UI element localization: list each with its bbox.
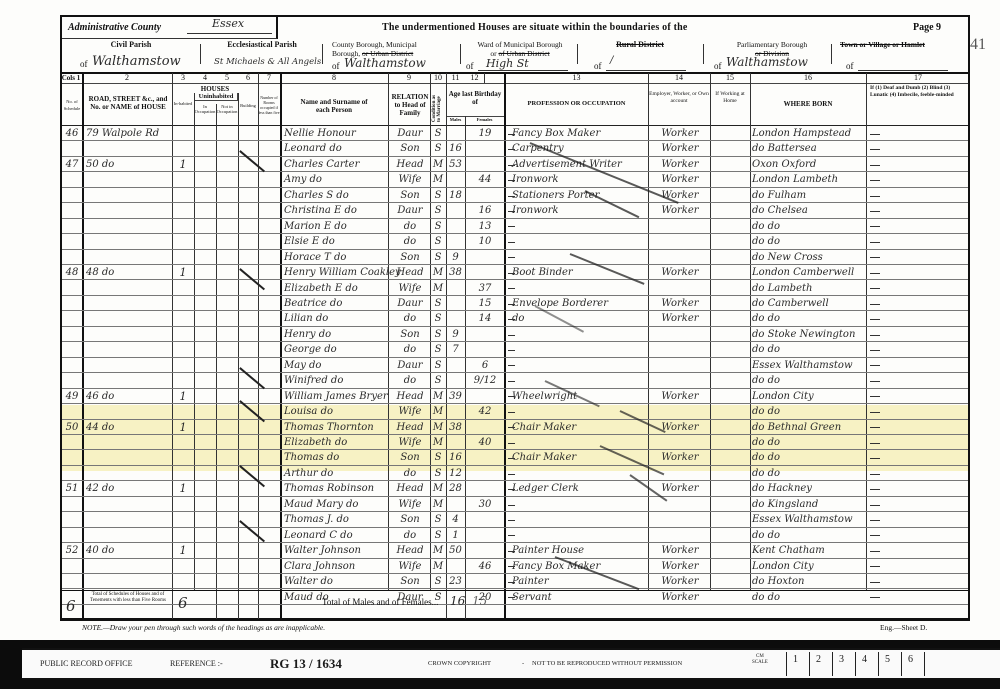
occupation-dash: [508, 365, 515, 366]
road-address: 42 do: [86, 481, 172, 496]
occupation: [512, 373, 650, 388]
birthplace: do do: [752, 590, 866, 605]
employment-status: Worker: [650, 559, 710, 574]
female-age: 14: [466, 311, 504, 326]
marital-condition: M: [430, 420, 446, 435]
birthplace: do do: [752, 528, 866, 543]
employment-status: Worker: [650, 450, 710, 465]
person-name: Louisa do: [284, 404, 388, 419]
relation: Head: [390, 543, 430, 558]
female-age: [466, 250, 504, 265]
occupation-dash: [508, 597, 515, 598]
page-number: 9: [936, 22, 941, 33]
separator: [703, 44, 704, 64]
col-header-houses: HOUSES: [172, 85, 258, 93]
infirmity-dash: [870, 335, 880, 336]
infirmity-dash: [870, 226, 880, 227]
col-header-road: ROAD, STREET &c., and No. or NAME of HOU…: [84, 95, 172, 111]
footer-copyright: CROWN COPYRIGHT: [428, 650, 491, 678]
male-age: 28: [446, 481, 465, 496]
col-header-building: Building: [238, 102, 258, 109]
marital-condition: M: [430, 559, 446, 574]
schedule-number: [62, 373, 82, 388]
table-row: 4946 do1William James BryerHeadM39Wheelw…: [62, 389, 968, 404]
female-age: 44: [466, 172, 504, 187]
infirmity-dash: [870, 319, 880, 320]
rural-district-underline: [606, 70, 686, 71]
boundaries-text: The undermentioned Houses are situate wi…: [382, 22, 688, 33]
table-row: Thomas doSonS16Chair MakerWorkerdo do: [62, 450, 968, 465]
table-row: 4679 Walpole RdNellie HonourDaurS19Fancy…: [62, 126, 968, 141]
female-age: [466, 342, 504, 357]
birthplace: do do: [752, 435, 866, 450]
inhabited-count: 1: [172, 481, 194, 496]
infirmity-dash: [870, 304, 880, 305]
field-ecclesiastical-parish: Ecclesiastical Parish St Michaels & All …: [202, 40, 322, 72]
birthplace: do Camberwell: [752, 296, 866, 311]
inhabited-count: [172, 126, 194, 141]
person-name: Christina E do: [284, 203, 388, 218]
marital-condition: S: [430, 126, 446, 141]
occupation-dash: [508, 520, 515, 521]
relation: Daur: [390, 126, 430, 141]
female-age: 10: [466, 234, 504, 249]
infirmity-dash: [870, 412, 880, 413]
infirmity-dash: [870, 149, 880, 150]
table-row: Walter doSonS23PainterWorkerdo Hoxton: [62, 574, 968, 589]
cm-scale-mark: 6: [901, 652, 924, 676]
field-rural-district: Rural District of /: [580, 40, 700, 72]
male-age: [446, 203, 465, 218]
female-age: 15: [466, 296, 504, 311]
occupation-dash: [508, 273, 515, 274]
road-address: [86, 512, 172, 527]
employment-status: [650, 373, 710, 388]
total-schedules-label: Total of Schedules of Houses and of Tene…: [88, 592, 168, 604]
table-row: 5240 do1Walter JohnsonHeadM50Painter Hou…: [62, 543, 968, 558]
county-borough-value: Walthamstow: [344, 56, 426, 70]
female-age: [466, 389, 504, 404]
marital-condition: M: [430, 481, 446, 496]
person-name: Thomas do: [284, 450, 388, 465]
marital-condition: S: [430, 141, 446, 156]
schedule-number: 49: [62, 389, 82, 404]
relation: do: [390, 528, 430, 543]
employment-status: Worker: [650, 590, 710, 605]
col-number: 8: [280, 73, 388, 83]
schedule-number: 48: [62, 265, 82, 280]
footer-reference-value: RG 13 / 1634: [270, 650, 342, 678]
birthplace: Oxon Oxford: [752, 157, 866, 172]
occupation: Ledger Clerk: [512, 481, 650, 496]
infirmity-dash: [870, 566, 880, 567]
occupation-dash: [508, 505, 515, 506]
occupation-dash: [508, 288, 515, 289]
birthplace: London City: [752, 389, 866, 404]
birthplace: do do: [752, 450, 866, 465]
schedule-number: 50: [62, 420, 82, 435]
table-row: May doDaurS6Essex Walthamstow: [62, 358, 968, 373]
occupation: Servant: [512, 590, 650, 605]
occupation: Ironwork: [512, 172, 650, 187]
table-row: Henry doSonS9do Stoke Newington: [62, 327, 968, 342]
col-header-uninhabited: Uninhabited: [194, 93, 238, 101]
occupation-dash: [508, 551, 515, 552]
person-name: Arthur do: [284, 466, 388, 481]
separator: [322, 44, 323, 64]
schedule-number: [62, 450, 82, 465]
marital-condition: M: [430, 404, 446, 419]
person-name: Horace T do: [284, 250, 388, 265]
col-number: 10: [430, 73, 446, 83]
relation: do: [390, 466, 430, 481]
employment-status: [650, 435, 710, 450]
marital-condition: S: [430, 234, 446, 249]
schedule-number: [62, 404, 82, 419]
employment-status: [650, 358, 710, 373]
footer-separator: -: [522, 650, 524, 678]
occupation: Painter: [512, 574, 650, 589]
birthplace: do Hackney: [752, 481, 866, 496]
employment-status: [650, 528, 710, 543]
inhabited-count: [172, 450, 194, 465]
male-age: 9: [446, 250, 465, 265]
person-name: Henry William Coakley: [284, 265, 388, 280]
employment-status: Worker: [650, 203, 710, 218]
road-address: [86, 234, 172, 249]
relation: Daur: [390, 358, 430, 373]
person-name: Leonard C do: [284, 528, 388, 543]
female-age: 37: [466, 281, 504, 296]
cm-scale-mark: 4: [855, 652, 878, 676]
birthplace: do do: [752, 404, 866, 419]
schedule-number: [62, 574, 82, 589]
occupation-dash: [508, 458, 515, 459]
inhabited-count: [172, 497, 194, 512]
relation: Son: [390, 188, 430, 203]
marital-condition: M: [430, 281, 446, 296]
schedule-number: [62, 528, 82, 543]
occupation-dash: [508, 350, 515, 351]
col-header-at-home: If Working at Home: [712, 91, 748, 105]
table-row: Elizabeth E doWifeM37do Lambeth: [62, 281, 968, 296]
infirmity-dash: [870, 597, 880, 598]
male-age: [446, 373, 465, 388]
parliamentary-borough-value: Walthamstow: [726, 55, 808, 69]
inhabited-count: [172, 203, 194, 218]
col-header-inhabited: In-habited: [172, 100, 194, 107]
male-age: 16: [446, 450, 465, 465]
road-address: [86, 497, 172, 512]
cm-scale-mark: [924, 652, 972, 676]
schedule-number: 47: [62, 157, 82, 172]
field-civil-parish: Civil Parish of Walthamstow: [62, 40, 200, 72]
employment-status: [650, 512, 710, 527]
occupation-dash: [508, 582, 515, 583]
col-number: 7: [258, 73, 280, 83]
road-address: 79 Walpole Rd: [86, 126, 172, 141]
col-number: 16: [750, 73, 866, 83]
relation: Wife: [390, 281, 430, 296]
occupation: [512, 234, 650, 249]
relation: Son: [390, 574, 430, 589]
page-label: Page 9: [913, 22, 941, 33]
road-address: [86, 528, 172, 543]
col-number: 11: [446, 73, 465, 83]
person-name: Elizabeth E do: [284, 281, 388, 296]
birthplace: Essex Walthamstow: [752, 358, 866, 373]
colnum-divider: [62, 83, 968, 84]
rural-district-value: /: [610, 55, 613, 66]
col-number: 4: [194, 73, 216, 83]
col-header-rooms: Number of Rooms occupied if less than fi…: [258, 95, 280, 115]
person-name: Lilian do: [284, 311, 388, 326]
town-village-prefix: of: [846, 61, 854, 71]
relation: Wife: [390, 497, 430, 512]
table-row: 5044 do1Thomas ThorntonHeadM38Chair Make…: [62, 420, 968, 435]
table-row: 5142 do1Thomas RobinsonHeadM28Ledger Cle…: [62, 481, 968, 496]
birthplace: do Lambeth: [752, 281, 866, 296]
infirmity-dash: [870, 551, 880, 552]
schedule-number: [62, 141, 82, 156]
ward-underline: [478, 70, 568, 71]
occupation-dash: [508, 474, 515, 475]
employment-status: Worker: [650, 126, 710, 141]
occupation-dash: [508, 242, 515, 243]
relation: Daur: [390, 296, 430, 311]
male-age: [446, 404, 465, 419]
infirmity-dash: [870, 520, 880, 521]
person-name: Leonard do: [284, 141, 388, 156]
person-name: Elsie E do: [284, 234, 388, 249]
road-address: [86, 172, 172, 187]
infirmity-dash: [870, 365, 880, 366]
table-row: Elsie E dodoS10do do: [62, 234, 968, 249]
birthplace: London Lambeth: [752, 172, 866, 187]
birthplace: do Hoxton: [752, 574, 866, 589]
occupation-dash: [508, 134, 515, 135]
inhabited-count: 1: [172, 157, 194, 172]
male-age: 39: [446, 389, 465, 404]
marital-condition: S: [430, 188, 446, 203]
separator: [460, 44, 461, 64]
cm-scale-mark: 5: [878, 652, 901, 676]
col-number: 13: [505, 73, 648, 83]
person-name: Thomas J. do: [284, 512, 388, 527]
table-row: Beatrice doDaurS15Envelope BordererWorke…: [62, 296, 968, 311]
occupation: [512, 358, 650, 373]
relation: do: [390, 373, 430, 388]
col-number: 3: [172, 73, 194, 83]
infirmity-dash: [870, 505, 880, 506]
infirmity-dash: [870, 427, 880, 428]
relation: Son: [390, 327, 430, 342]
occupation-dash: [508, 211, 515, 212]
infirmity-dash: [870, 443, 880, 444]
ward-label: Ward of Municipal Boroughor of Urban Dis…: [464, 40, 576, 58]
person-name: George do: [284, 342, 388, 357]
marital-condition: S: [430, 450, 446, 465]
employment-status: Worker: [650, 574, 710, 589]
col-header-males: Males: [446, 117, 465, 122]
col-header-not-in-occupation: Not in Occupation: [216, 104, 238, 114]
total-males-value: 16: [450, 594, 465, 608]
parliamentary-borough-prefix: of: [714, 61, 722, 71]
inhabited-count: [172, 404, 194, 419]
infirmity-dash: [870, 381, 880, 382]
schedule-number: [62, 311, 82, 326]
inhabited-count: [172, 172, 194, 187]
occupation: [512, 528, 650, 543]
birthplace: do do: [752, 373, 866, 388]
female-age: 16: [466, 203, 504, 218]
employment-status: Worker: [650, 157, 710, 172]
female-age: 9/12: [466, 373, 504, 388]
road-address: 50 do: [86, 157, 172, 172]
occupation: [512, 435, 650, 450]
male-age: 38: [446, 420, 465, 435]
footer-restriction: NOT TO BE REPRODUCED WITHOUT PERMISSION: [532, 650, 682, 678]
relation: Wife: [390, 435, 430, 450]
table-row: 4848 do1Henry William CoakleyHeadM38Boot…: [62, 265, 968, 280]
table-row: Charles S doSonS18Stationers PorterWorke…: [62, 188, 968, 203]
cm-label: CM: [756, 654, 764, 659]
relation: Head: [390, 481, 430, 496]
schedule-number: 51: [62, 481, 82, 496]
infirmity-dash: [870, 535, 880, 536]
table-row: Louisa doWifeM42do do: [62, 404, 968, 419]
inhabited-count: [172, 373, 194, 388]
inhabited-count: [172, 342, 194, 357]
relation: Head: [390, 389, 430, 404]
road-address: [86, 450, 172, 465]
employment-status: Worker: [650, 311, 710, 326]
road-address: 46 do: [86, 389, 172, 404]
female-age: 46: [466, 559, 504, 574]
table-row: Arthur dodoS12do do: [62, 466, 968, 481]
col-number: 6: [238, 73, 258, 83]
archive-footer: PUBLIC RECORD OFFICE REFERENCE :- RG 13 …: [0, 640, 1000, 689]
footer-office: PUBLIC RECORD OFFICE: [40, 650, 132, 678]
female-age: [466, 574, 504, 589]
marital-condition: S: [430, 219, 446, 234]
birthplace: Essex Walthamstow: [752, 512, 866, 527]
infirmity-dash: [870, 396, 880, 397]
person-name: Elizabeth do: [284, 435, 388, 450]
inhabited-count: [172, 250, 194, 265]
schedule-number: [62, 327, 82, 342]
scale-label: SCALE: [752, 660, 768, 665]
person-name: Charles Carter: [284, 157, 388, 172]
infirmity-dash: [870, 288, 880, 289]
col-number: 17: [866, 73, 970, 83]
occupation-dash: [508, 443, 515, 444]
ward-value: High St: [486, 57, 529, 70]
male-age: [446, 358, 465, 373]
civil-parish-label: Civil Parish: [62, 40, 200, 49]
table-row: Christina E doDaurS16IronworkWorkerdo Ch…: [62, 203, 968, 218]
table-row: Lilian dodoS14doWorkerdo do: [62, 311, 968, 326]
birthplace: do do: [752, 466, 866, 481]
relation: Wife: [390, 559, 430, 574]
schedule-number: [62, 342, 82, 357]
person-name: May do: [284, 358, 388, 373]
schedule-number: [62, 512, 82, 527]
person-name: Thomas Thornton: [284, 420, 388, 435]
road-address: [86, 281, 172, 296]
male-age: 1: [446, 528, 465, 543]
col-number: 2: [82, 73, 172, 83]
inhabited-count: [172, 435, 194, 450]
male-age: [446, 435, 465, 450]
female-age: [466, 512, 504, 527]
male-age: 18: [446, 188, 465, 203]
person-name: Walter do: [284, 574, 388, 589]
relation: Head: [390, 157, 430, 172]
person-name: Amy do: [284, 172, 388, 187]
marital-condition: S: [430, 311, 446, 326]
ecclesiastical-parish-label: Ecclesiastical Parish: [202, 40, 322, 49]
schedule-number: [62, 497, 82, 512]
occupation: [512, 281, 650, 296]
male-age: 53: [446, 157, 465, 172]
road-address: [86, 373, 172, 388]
relation: do: [390, 342, 430, 357]
person-name: William James Bryer: [284, 389, 388, 404]
col-header-occupation: PROFESSION OR OCCUPATION: [505, 100, 648, 107]
separator: [577, 44, 578, 64]
schedule-number: [62, 203, 82, 218]
infirmity-dash: [870, 350, 880, 351]
occupation: Painter House: [512, 543, 650, 558]
occupation-dash: [508, 489, 515, 490]
col-number: 9: [388, 73, 430, 83]
footer-strip: PUBLIC RECORD OFFICE REFERENCE :- RG 13 …: [22, 648, 1000, 680]
inhabited-count: [172, 311, 194, 326]
birthplace: do Stoke Newington: [752, 327, 866, 342]
occupation-dash: [508, 427, 515, 428]
female-age: [466, 543, 504, 558]
female-age: [466, 420, 504, 435]
occupation-dash: [508, 566, 515, 567]
occupation: Stationers Porter: [512, 188, 650, 203]
birthplace: do do: [752, 311, 866, 326]
marital-condition: S: [430, 296, 446, 311]
marital-condition: S: [430, 466, 446, 481]
employment-status: Worker: [650, 265, 710, 280]
occupation-dash: [508, 396, 515, 397]
table-row: 4750 do1Charles CarterHeadM53Advertiseme…: [62, 157, 968, 172]
male-age: [446, 281, 465, 296]
col-header-infirmity: If (1) Deaf and Dumb (2) Blind (3) Lunat…: [870, 85, 966, 98]
table-row: Amy doWifeM44IronworkWorkerLondon Lambet…: [62, 172, 968, 187]
infirmity-dash: [870, 242, 880, 243]
birthplace: do do: [752, 234, 866, 249]
marital-condition: S: [430, 358, 446, 373]
cm-scale-label: CM SCALE: [752, 654, 768, 666]
inhabited-count: [172, 358, 194, 373]
employment-status: Worker: [650, 543, 710, 558]
male-age: 23: [446, 574, 465, 589]
col-number: 5: [216, 73, 238, 83]
table-row: Horace T doSonS9do New Cross: [62, 250, 968, 265]
female-age: [466, 141, 504, 156]
occupation: Fancy Box Maker: [512, 126, 650, 141]
schedule-number: [62, 559, 82, 574]
occupation-dash: [508, 149, 515, 150]
inhabited-count: [172, 466, 194, 481]
female-age: [466, 450, 504, 465]
